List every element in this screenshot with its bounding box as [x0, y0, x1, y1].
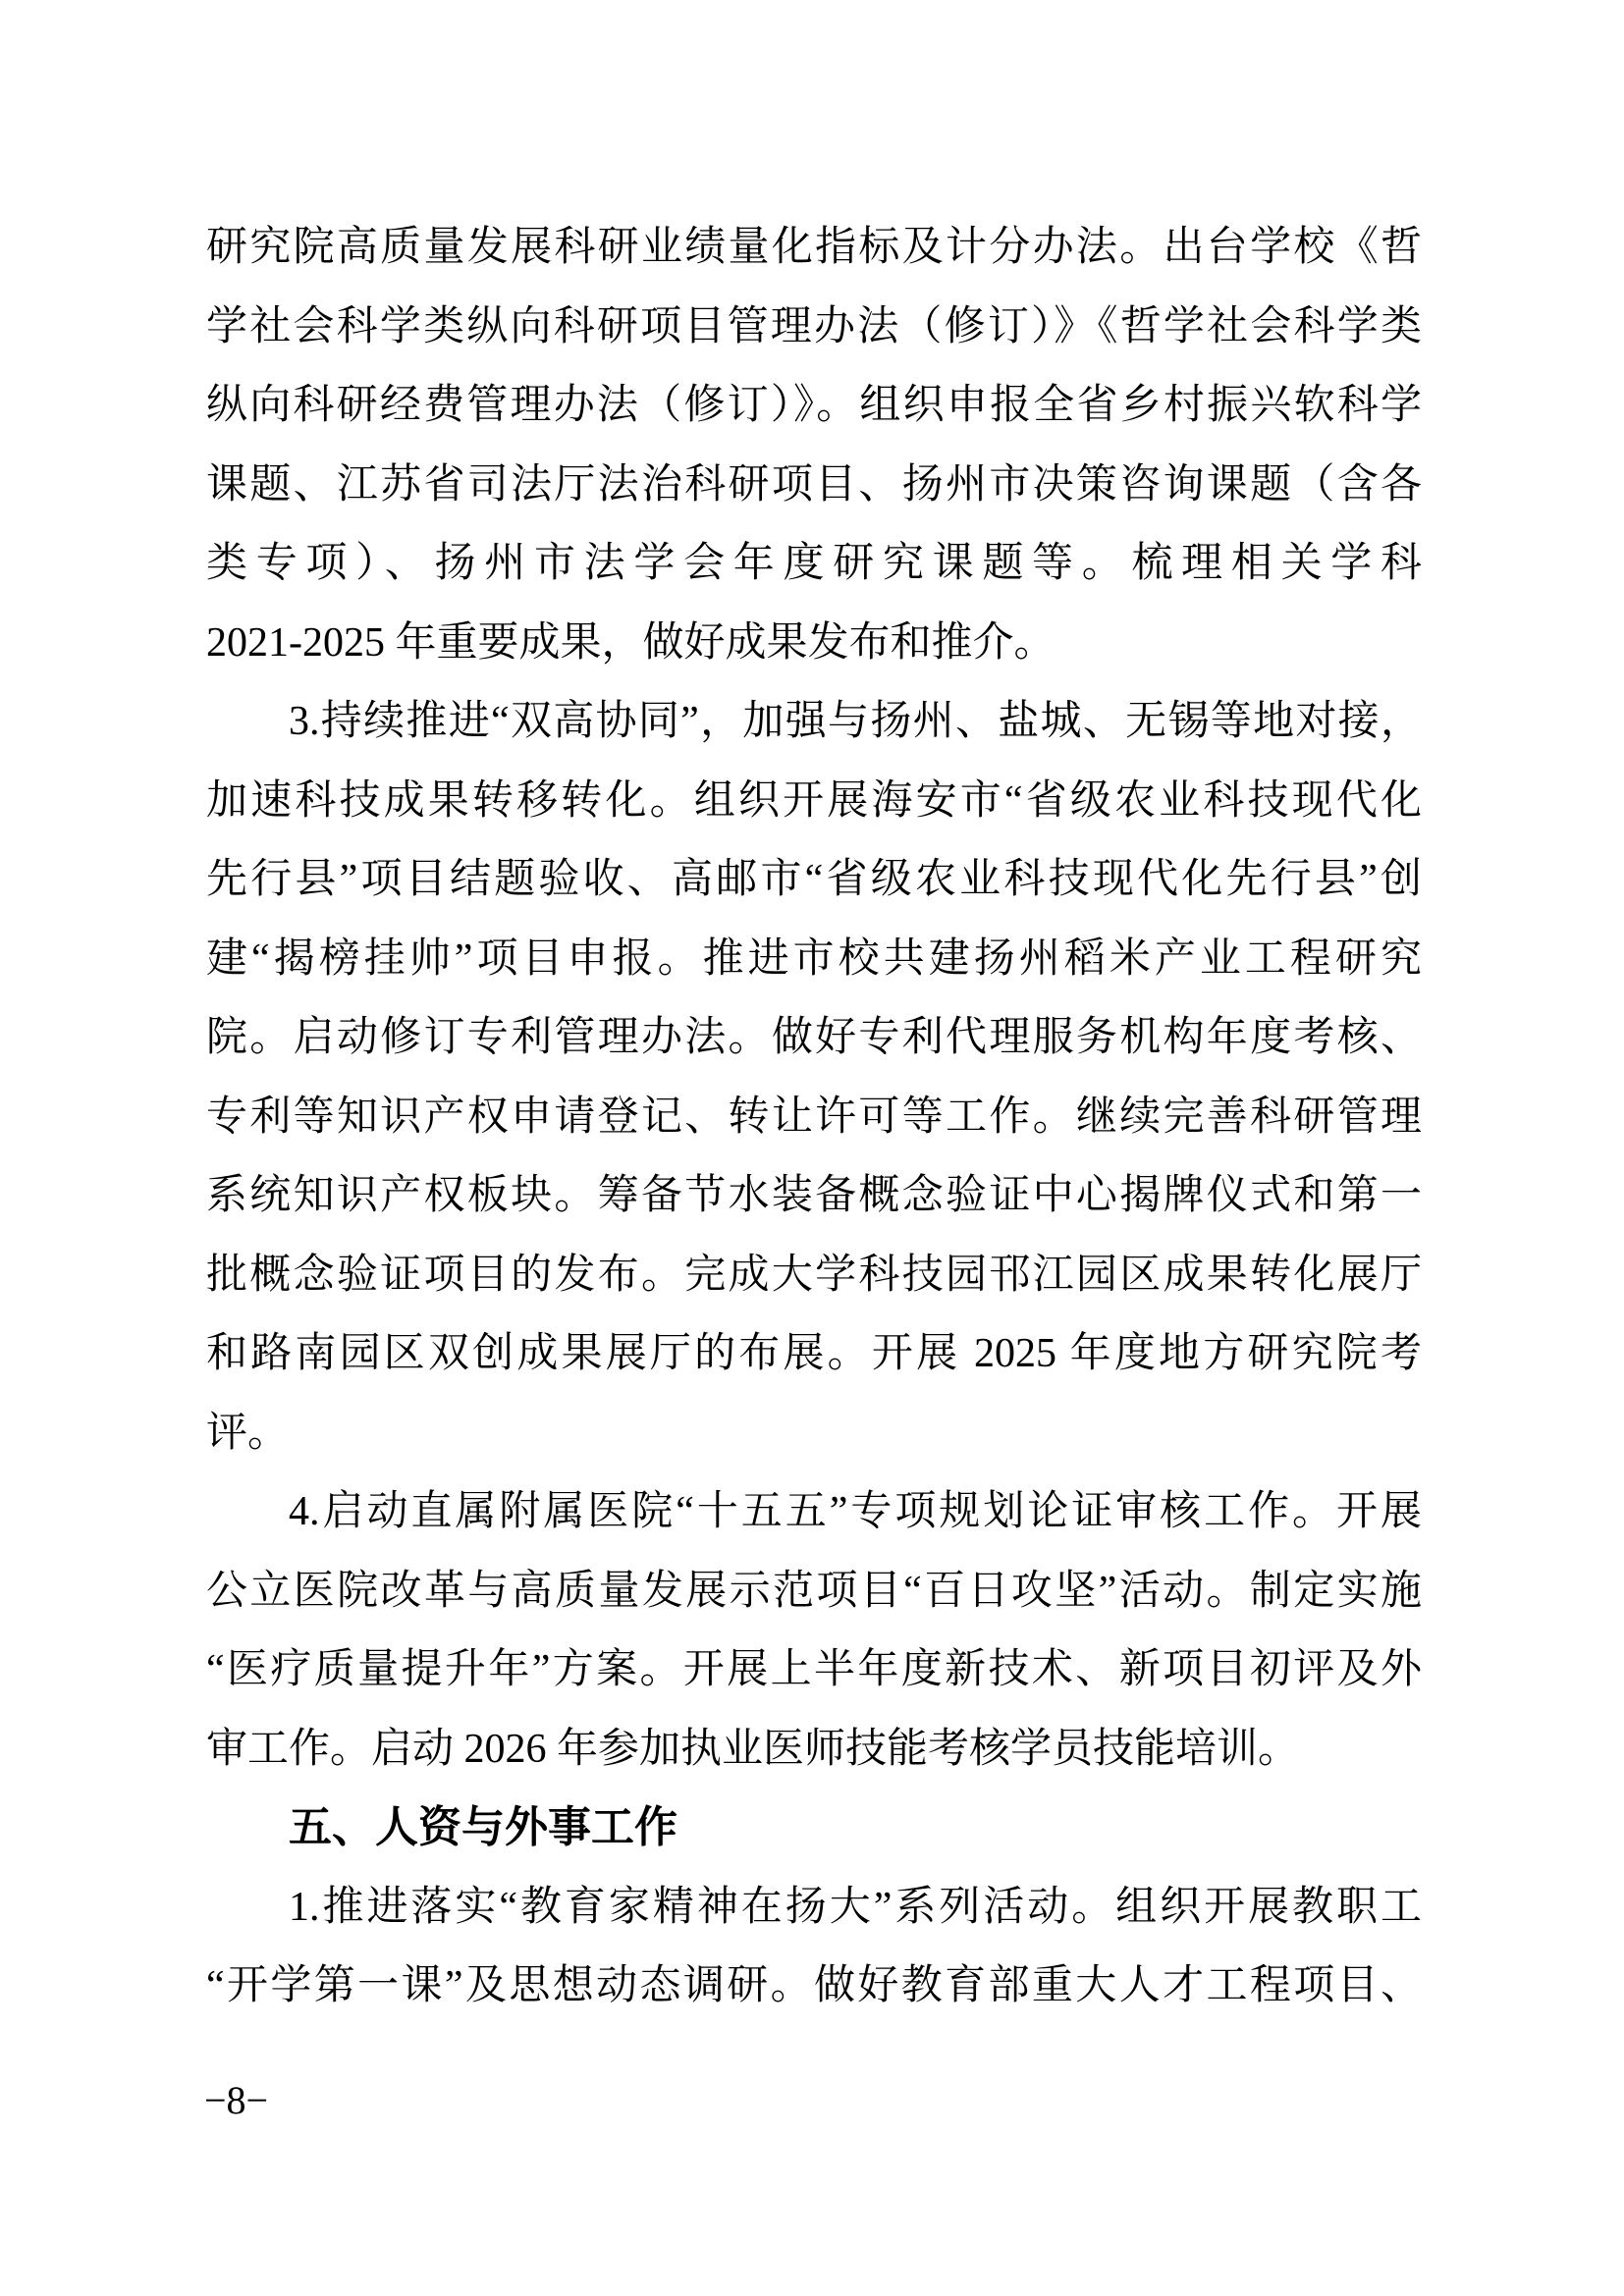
page-number: −8−: [204, 2079, 268, 2122]
text-line: 审工作。启动 2026 年参加执业医师技能考核学员技能培训。: [206, 1710, 1422, 1789]
text-line: “开学第一课”及思想动态调研。做好教育部重大人才工程项目、: [206, 1947, 1422, 2026]
document-page: 研究院高质量发展科研业绩量化指标及计分办法。出台学校《哲 学社会科学类纵向科研项…: [0, 0, 1624, 2296]
text-line: 专利等知识产权申请登记、转让许可等工作。继续完善科研管理: [206, 1078, 1422, 1157]
text-line: 和路南园区双创成果展厅的布展。开展 2025 年度地方研究院考: [206, 1314, 1422, 1394]
text-line: 公立医院改革与高质量发展示范项目“百日攻坚”活动。制定实施: [206, 1552, 1422, 1631]
text-line: 研究院高质量发展科研业绩量化指标及计分办法。出台学校《哲: [206, 208, 1422, 288]
text-line: 2021-2025 年重要成果，做好成果发布和推介。: [206, 604, 1422, 683]
section-heading: 五、人资与外事工作: [206, 1789, 1422, 1868]
text-line: 先行县”项目结题验收、高邮市“省级农业科技现代化先行县”创: [206, 840, 1422, 920]
text-line: 系统知识产权板块。筹备节水装备概念验证中心揭牌仪式和第一: [206, 1156, 1422, 1236]
text-line: 3.持续推进“双高协同”，加强与扬州、盐城、无锡等地对接，: [206, 682, 1422, 762]
text-line: 类专项）、扬州市法学会年度研究课题等。梳理相关学科: [206, 524, 1422, 604]
text-line: 院。启动修订专利管理办法。做好专利代理服务机构年度考核、: [206, 998, 1422, 1078]
text-line: 建“揭榜挂帅”项目申报。推进市校共建扬州稻米产业工程研究: [206, 920, 1422, 999]
text-line: 课题、江苏省司法厅法治科研项目、扬州市决策咨询课题（含各: [206, 446, 1422, 525]
text-line: 1.推进落实“教育家精神在扬大”系列活动。组织开展教职工: [206, 1868, 1422, 1948]
text-line: 4.启动直属附属医院“十五五”专项规划论证审核工作。开展: [206, 1472, 1422, 1552]
text-line: 加速科技成果转移转化。组织开展海安市“省级农业科技现代化: [206, 762, 1422, 841]
text-line: “医疗质量提升年”方案。开展上半年度新技术、新项目初评及外: [206, 1630, 1422, 1710]
text-line: 批概念验证项目的发布。完成大学科技园邗江园区成果转化展厅: [206, 1236, 1422, 1315]
text-line: 纵向科研经费管理办法（修订）》。组织申报全省乡村振兴软科学: [206, 366, 1422, 446]
text-line: 学社会科学类纵向科研项目管理办法（修订）》《哲学社会科学类: [206, 288, 1422, 367]
document-body: 研究院高质量发展科研业绩量化指标及计分办法。出台学校《哲 学社会科学类纵向科研项…: [206, 208, 1422, 2026]
text-line: 评。: [206, 1394, 1422, 1473]
